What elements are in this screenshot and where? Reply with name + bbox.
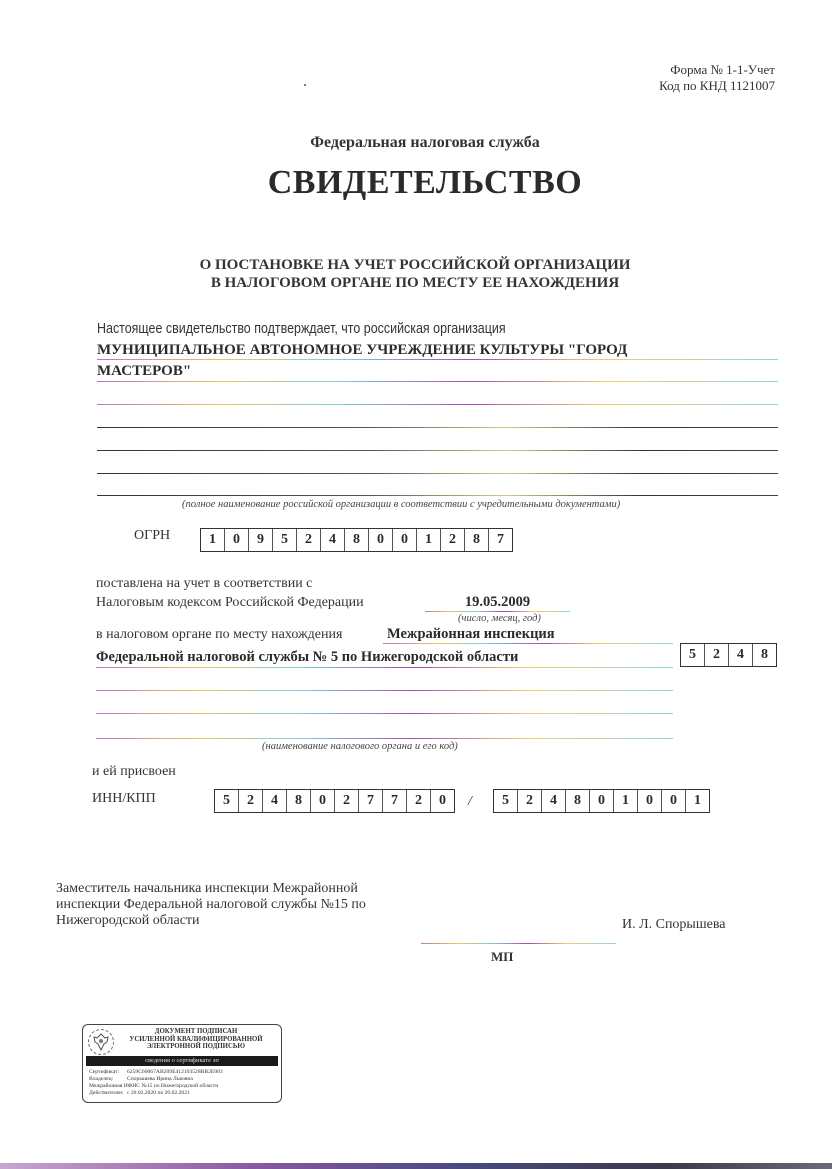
digit-cell: 4 xyxy=(729,644,753,666)
organization-name: МУНИЦИПАЛЬНОЕ АВТОНОМНОЕ УЧРЕЖДЕНИЕ КУЛЬ… xyxy=(97,340,717,382)
valid-label: Действителен: xyxy=(89,1090,127,1097)
valid-value: с 20.02.2020 по 20.02.2021 xyxy=(127,1090,190,1096)
ogrn-digits: 1095248001287 xyxy=(200,528,513,552)
knd-code: Код по КНД 1121007 xyxy=(659,78,775,94)
signer-name: И. Л. Спорышева xyxy=(622,917,725,933)
digit-cell: 0 xyxy=(662,790,686,812)
digit-cell: 4 xyxy=(263,790,287,812)
inn-kpp-label: ИНН/КПП xyxy=(92,791,156,807)
underline xyxy=(97,381,778,382)
underline xyxy=(97,495,778,496)
underline xyxy=(425,611,570,612)
date-caption: (число, месяц, год) xyxy=(458,613,541,624)
registration-date: 19.05.2009 xyxy=(425,594,570,611)
tax-authority-name-line-2: Федеральной налоговой службы № 5 по Ниже… xyxy=(96,649,518,666)
digit-cell: 2 xyxy=(407,790,431,812)
underline xyxy=(97,473,778,474)
document-subtitle: О ПОСТАНОВКЕ НА УЧЕТ РОССИЙСКОЙ ОРГАНИЗА… xyxy=(0,256,830,292)
digit-cell: 7 xyxy=(489,529,512,551)
digit-cell: 5 xyxy=(494,790,518,812)
digit-cell: 9 xyxy=(249,529,273,551)
document-title: СВИДЕТЕЛЬСТВО xyxy=(0,164,832,202)
underline xyxy=(97,359,778,360)
e-signature-stamp: ДОКУМЕНТ ПОДПИСАН УСИЛЕННОЙ КВАЛИФИЦИРОВ… xyxy=(82,1024,282,1103)
ogrn-label: ОГРН xyxy=(134,528,170,544)
inn-digits: 5248027720 xyxy=(214,789,455,813)
digit-cell: 7 xyxy=(383,790,407,812)
signer-position-line-2: инспекции Федеральной налоговой службы №… xyxy=(56,897,366,913)
stamp-valid-row: Действителен:с 20.02.2020 по 20.02.2021 xyxy=(89,1090,190,1097)
digit-cell: 2 xyxy=(297,529,321,551)
organization-name-line-2: МАСТЕРОВ" xyxy=(97,361,717,382)
digit-cell: 5 xyxy=(215,790,239,812)
signature-line xyxy=(421,943,616,944)
signer-position-line-3: Нижегородской области xyxy=(56,913,366,929)
digit-cell: 2 xyxy=(441,529,465,551)
digit-cell: 1 xyxy=(686,790,709,812)
stamp-owner-row: Владелец:Спорышева Ирина Львовна xyxy=(89,1076,193,1083)
stamp-heading-line-1: ДОКУМЕНТ ПОДПИСАН xyxy=(113,1028,279,1036)
kpp-digits: 524801001 xyxy=(493,789,710,813)
digit-cell: 2 xyxy=(705,644,729,666)
underline xyxy=(383,643,673,644)
digit-cell: 8 xyxy=(566,790,590,812)
underline xyxy=(97,450,778,451)
intro-text: Настоящее свидетельство подтверждает, чт… xyxy=(97,321,506,337)
underline xyxy=(97,404,778,405)
digit-cell: 0 xyxy=(393,529,417,551)
form-code-block: Форма № 1-1-Учет Код по КНД 1121007 xyxy=(659,62,775,94)
digit-cell: 8 xyxy=(753,644,776,666)
stamp-heading: ДОКУМЕНТ ПОДПИСАН УСИЛЕННОЙ КВАЛИФИЦИРОВ… xyxy=(113,1028,279,1051)
digit-cell: 4 xyxy=(542,790,566,812)
inn-kpp-separator: / xyxy=(468,794,472,810)
digit-cell: 0 xyxy=(590,790,614,812)
underline xyxy=(96,738,673,739)
registration-line-2: Налоговым кодексом Российской Федерации xyxy=(96,595,364,611)
underline xyxy=(96,667,673,668)
digit-cell: 0 xyxy=(311,790,335,812)
digit-cell: 1 xyxy=(201,529,225,551)
scan-bottom-edge xyxy=(0,1163,832,1169)
digit-cell: 8 xyxy=(287,790,311,812)
certificate-label: Сертификат: xyxy=(89,1069,127,1076)
digit-cell: 5 xyxy=(273,529,297,551)
seal-label: МП xyxy=(491,949,513,965)
registration-line-1: поставлена на учет в соответствии с xyxy=(96,576,312,592)
digit-cell: 0 xyxy=(225,529,249,551)
organization-name-line-1: МУНИЦИПАЛЬНОЕ АВТОНОМНОЕ УЧРЕЖДЕНИЕ КУЛЬ… xyxy=(97,340,717,361)
digit-cell: 8 xyxy=(465,529,489,551)
tax-authority-caption: (наименование налогового органа и его ко… xyxy=(262,741,458,752)
subtitle-line-1: О ПОСТАНОВКЕ НА УЧЕТ РОССИЙСКОЙ ОРГАНИЗА… xyxy=(0,256,830,274)
owner-value: Спорышева Ирина Львовна xyxy=(127,1076,193,1082)
digit-cell: 2 xyxy=(335,790,359,812)
underline xyxy=(96,690,673,691)
signer-position-line-1: Заместитель начальника инспекции Межрайо… xyxy=(56,881,366,897)
tax-authority-code-digits: 5248 xyxy=(680,643,777,667)
digit-cell: 2 xyxy=(518,790,542,812)
coat-of-arms-icon xyxy=(88,1029,114,1055)
digit-cell: 8 xyxy=(345,529,369,551)
assigned-label: и ей присвоен xyxy=(92,764,176,780)
digit-cell: 0 xyxy=(369,529,393,551)
digit-cell: 1 xyxy=(614,790,638,812)
digit-cell: 4 xyxy=(321,529,345,551)
stamp-org-row: Межрайонная ИФНС №15 по Нижегородской об… xyxy=(89,1083,218,1090)
certificate-value: 6259C60067AB209E412103528BB2E083 xyxy=(127,1069,223,1075)
stamp-certificate-row: Сертификат:6259C60067AB209E412103528BB2E… xyxy=(89,1069,223,1076)
organization-caption: (полное наименование российской организа… xyxy=(182,499,620,510)
digit-cell: 5 xyxy=(681,644,705,666)
underline xyxy=(96,713,673,714)
digit-cell: 0 xyxy=(431,790,454,812)
tax-authority-name-line-1: Межрайонная инспекция xyxy=(387,626,555,643)
subtitle-line-2: В НАЛОГОВОМ ОРГАНЕ ПО МЕСТУ ЕЕ НАХОЖДЕНИ… xyxy=(0,274,830,292)
stamp-heading-line-2: УСИЛЕННОЙ КВАЛИФИЦИРОВАННОЙ xyxy=(113,1036,279,1044)
owner-label: Владелец: xyxy=(89,1076,127,1083)
digit-cell: 7 xyxy=(359,790,383,812)
signer-position: Заместитель начальника инспекции Межрайо… xyxy=(56,881,366,929)
underline xyxy=(97,427,778,428)
stamp-certificate-bar: сведения о сертификате эп xyxy=(86,1056,278,1066)
stamp-heading-line-3: ЭЛЕКТРОННОЙ ПОДПИСЬЮ xyxy=(113,1043,279,1051)
digit-cell: 0 xyxy=(638,790,662,812)
scan-speck xyxy=(304,84,306,86)
agency-name: Федеральная налоговая служба xyxy=(0,134,832,152)
form-number: Форма № 1-1-Учет xyxy=(659,62,775,78)
digit-cell: 1 xyxy=(417,529,441,551)
tax-authority-prefix: в налоговом органе по месту нахождения xyxy=(96,627,342,643)
digit-cell: 2 xyxy=(239,790,263,812)
